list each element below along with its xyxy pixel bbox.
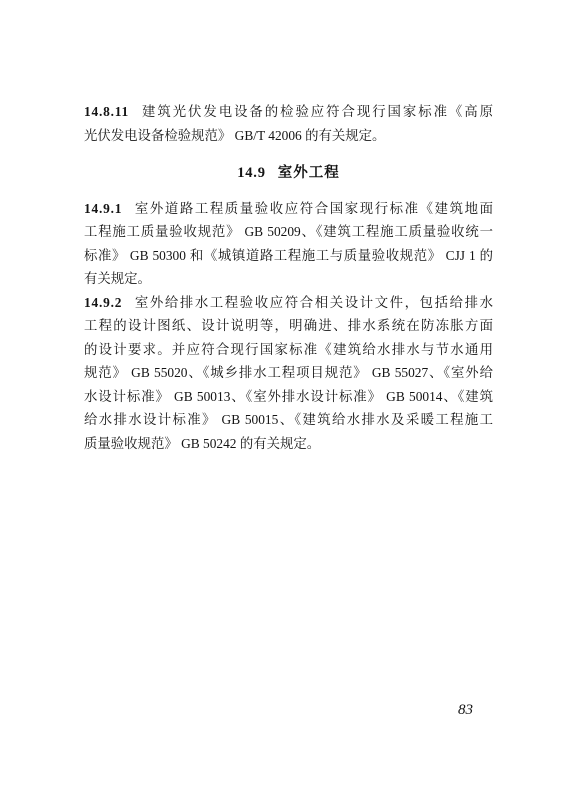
clause-paragraph: 14.9.2室外给排水工程验收应符合相关设计文件，包括给排水工程的设计图纸、设计… <box>84 291 493 456</box>
clause-number: 14.8.11 <box>84 104 129 119</box>
page-content: 14.8.11建筑光伏发电设备的检验应符合现行国家标准《高原光伏发电设备检验规范… <box>84 100 493 455</box>
clause-line: 光伏发电设备检验规范》 GB/T 42006 的有关规定。 <box>84 124 493 148</box>
clause-line: 标准》 GB 50300 和《城镇道路工程施工与质量验收规范》 CJJ 1 的 <box>84 244 493 268</box>
clause-line: 工程的设计图纸、设计说明等，明确进、排水系统在防冻胀方面 <box>84 314 493 338</box>
clause-line: 水设计标准》 GB 50013、《室外排水设计标准》 GB 50014、《建筑 <box>84 385 493 409</box>
clause-line: 的设计要求。并应符合现行国家标准《建筑给水排水与节水通用 <box>84 338 493 362</box>
clause-line: 给水排水设计标准》 GB 50015、《建筑给水排水及采暖工程施工 <box>84 408 493 432</box>
clause-line: 规范》 GB 55020、《城乡排水工程项目规范》 GB 55027、《室外给 <box>84 361 493 385</box>
clause-line: 14.9.2室外给排水工程验收应符合相关设计文件，包括给排水 <box>84 291 493 315</box>
clause-line: 14.8.11建筑光伏发电设备的检验应符合现行国家标准《高原 <box>84 100 493 124</box>
clause-line: 14.9.1室外道路工程质量验收应符合国家现行标准《建筑地面 <box>84 197 493 221</box>
clause-paragraph: 14.8.11建筑光伏发电设备的检验应符合现行国家标准《高原光伏发电设备检验规范… <box>84 100 493 147</box>
document-page: 14.8.11建筑光伏发电设备的检验应符合现行国家标准《高原光伏发电设备检验规范… <box>0 0 561 804</box>
page-number: 83 <box>458 701 494 719</box>
clause-text: 室外道路工程质量验收应符合国家现行标准《建筑地面 <box>133 201 493 216</box>
clause-line: 工程施工质量验收规范》 GB 50209、《建筑工程施工质量验收统一 <box>84 220 493 244</box>
section-heading-title: 室外工程 <box>278 165 340 181</box>
section-heading: 14.9室外工程 <box>84 162 493 186</box>
clause-paragraph: 14.9.1室外道路工程质量验收应符合国家现行标准《建筑地面工程施工质量验收规范… <box>84 197 493 291</box>
clause-text: 建筑光伏发电设备的检验应符合现行国家标准《高原 <box>140 104 493 119</box>
clause-number: 14.9.1 <box>84 201 122 216</box>
clause-number: 14.9.2 <box>84 295 122 310</box>
section-heading-number: 14.9 <box>237 165 266 181</box>
clause-line: 有关规定。 <box>84 267 493 291</box>
clause-text: 室外给排水工程验收应符合相关设计文件，包括给排水 <box>133 295 493 310</box>
clause-line: 质量验收规范》 GB 50242 的有关规定。 <box>84 432 493 456</box>
